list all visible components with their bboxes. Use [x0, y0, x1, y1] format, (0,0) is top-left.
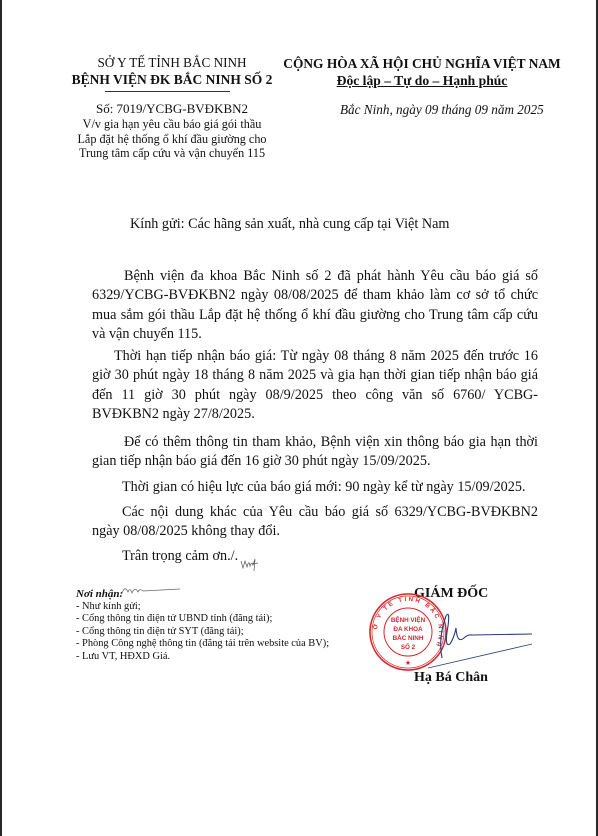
recipients-title: Nơi nhận: [76, 588, 329, 601]
organization-underline [105, 91, 230, 92]
addressee: Kính gửi: Các hãng sản xuất, nhà cung cấ… [130, 215, 449, 234]
header-right: CỘNG HÒA XÃ HỘI CHỦ NGHĨA VIỆT NAM Độc l… [272, 55, 572, 89]
header-left: SỞ Y TẾ TỈNH BẮC NINH BỆNH VIỆN ĐK BẮC N… [40, 55, 304, 88]
recipients-initial-scribble-icon [120, 584, 190, 598]
initials-scribble-icon [240, 555, 260, 573]
svg-text:SỐ 2: SỐ 2 [401, 641, 416, 651]
recipient-item: - Phòng Công nghệ thông tin (đăng tải tr… [76, 638, 329, 651]
paragraph-text: Thời hạn tiếp nhận báo giá: Từ ngày 08 t… [92, 348, 538, 422]
country-name: CỘNG HÒA XÃ HỘI CHỦ NGHĨA VIỆT NAM [272, 55, 572, 72]
paragraph-text: Các nội dung khác của Yêu cầu báo giá số… [92, 504, 538, 539]
recipient-item: - Lưu VT, HĐXD Giá. [76, 651, 329, 664]
subject-line: V/v gia hạn yêu cầu báo giá gói thầu [40, 117, 304, 132]
body-paragraph: Trân trọng cảm ơn./. [92, 547, 538, 566]
recipient-item: - Cổng thông tin điện tử SYT (đăng tải); [76, 626, 329, 639]
paragraph-text: Để có thêm thông tin tham khảo, Bệnh việ… [92, 434, 538, 469]
page-edge-left [0, 0, 2, 836]
body-paragraph: Thời hạn tiếp nhận báo giá: Từ ngày 08 t… [92, 347, 538, 425]
subject-line: Trung tâm cấp cứu và vận chuyển 115 [40, 146, 304, 161]
organization-name: BỆNH VIỆN ĐK BẮC NINH SỐ 2 [40, 71, 304, 88]
body-paragraph: Bệnh viện đa khoa Bắc Ninh số 2 đã phát … [92, 267, 538, 345]
body-paragraph: Để có thêm thông tin tham khảo, Bệnh việ… [92, 433, 538, 472]
body-paragraph: Thời gian có hiệu lực của báo giá mới: 9… [92, 478, 538, 497]
recipient-item: - Như kính gửi; [76, 601, 329, 614]
document-number: Số: 7019/YCBG-BVĐKBN2 [40, 101, 304, 117]
recipient-item: - Cổng thông tin điện tử UBND tỉnh (đăng… [76, 613, 329, 626]
signatory-name: Hạ Bá Chân [414, 670, 488, 686]
paragraph-text: Trân trọng cảm ơn./. [122, 548, 238, 564]
handwritten-signature-icon [420, 608, 540, 668]
svg-text:★: ★ [405, 659, 411, 667]
body-paragraph: Các nội dung khác của Yêu cầu báo giá số… [92, 503, 538, 542]
authority-name: SỞ Y TẾ TỈNH BẮC NINH [40, 55, 304, 71]
document-reference: Số: 7019/YCBG-BVĐKBN2 V/v gia hạn yêu cầ… [40, 101, 304, 161]
place-date: Bắc Ninh, ngày 09 tháng 09 năm 2025 [340, 102, 544, 118]
recipients-block: Nơi nhận: - Như kính gửi; - Cổng thông t… [76, 588, 329, 664]
subject-line: Lắp đặt hệ thống ổ khí đầu giường cho [40, 132, 304, 147]
national-motto: Độc lập – Tự do – Hạnh phúc [272, 72, 572, 89]
paragraph-text: Bệnh viện đa khoa Bắc Ninh số 2 đã phát … [92, 268, 538, 342]
svg-text:ĐA KHOA: ĐA KHOA [393, 626, 423, 633]
paragraph-text: Thời gian có hiệu lực của báo giá mới: 9… [122, 479, 526, 495]
